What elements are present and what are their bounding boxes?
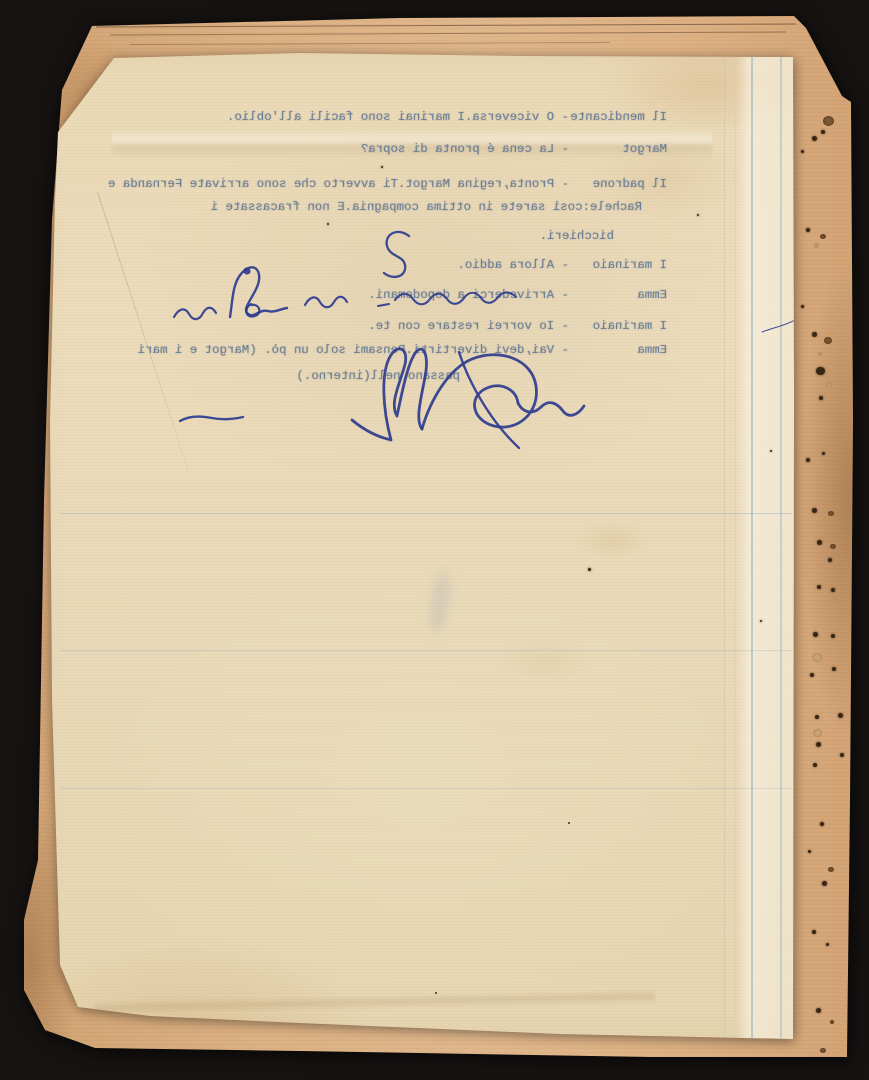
photo-canvas: Il mendicante- O viceversa.I marinai son… — [0, 0, 869, 1080]
ink-signature — [352, 349, 426, 440]
ink-signature — [422, 355, 584, 429]
handwritten-ink-svg — [0, 0, 869, 1080]
document-page: Il mendicante- O viceversa.I marinai son… — [0, 0, 869, 1080]
document-page-wrap: Il mendicante- O viceversa.I marinai son… — [0, 0, 869, 1080]
ink-scribble-wave — [174, 308, 216, 319]
ink-scribble-wave — [305, 297, 347, 308]
ink-dash — [180, 416, 243, 421]
ink-signature — [459, 352, 519, 448]
ink-strikethrough — [378, 293, 516, 307]
paper-crack-line — [762, 320, 795, 332]
ink-blob — [243, 267, 250, 274]
paper-crack-line — [795, 303, 851, 320]
ink-curl — [384, 232, 409, 277]
